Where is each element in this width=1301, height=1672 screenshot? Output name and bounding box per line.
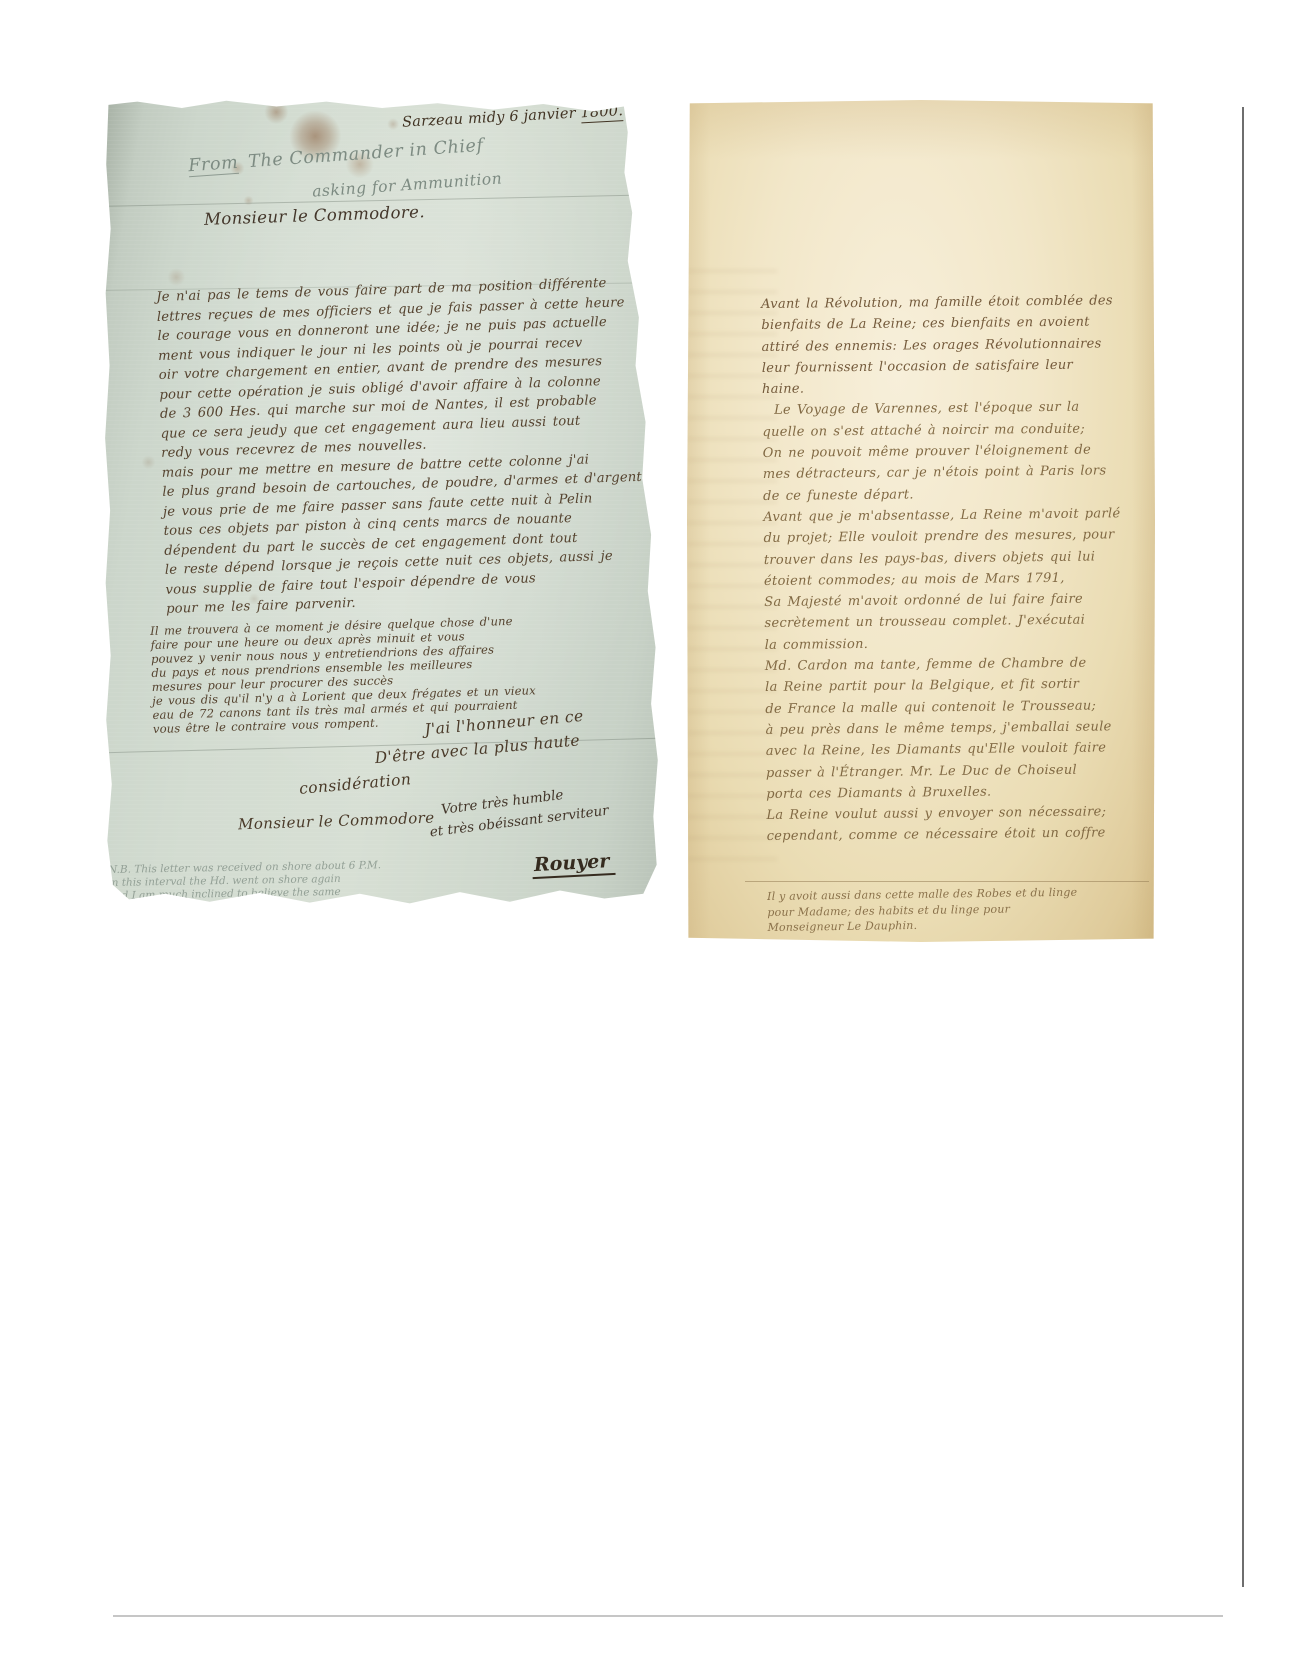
pencil-line1-rest: The Commander in Chief [248, 136, 485, 172]
page-background: Sarzeau midy 6 janvier 1800. FromThe Com… [0, 0, 1301, 1672]
pencil-from-word: From [188, 153, 239, 177]
memoir-footnote: Il y avoit aussi dans cette malle des Ro… [767, 884, 1148, 936]
pencil-annotation-line1: FromThe Commander in Chief [188, 136, 485, 177]
pencil-annotation-line2: asking for Ammunition [312, 169, 503, 200]
address-line: Monsieur le Commodore [238, 809, 435, 834]
salutation: Monsieur le Commodore. [204, 202, 426, 229]
bottom-divider-line [113, 1615, 1223, 1617]
pencil-receipt-note: N.B. This letter was received on shore a… [108, 858, 439, 903]
memoir-body-line: avec la Reine, les Diamants qu'Elle voul… [766, 737, 1158, 762]
dateline-text: Sarzeau midy 6 janvier [402, 105, 581, 130]
right-manuscript-page: Avant la Révolution, ma famille étoit co… [687, 100, 1155, 942]
memoir-body-line: mes détracteurs, car je n'étois point à … [763, 460, 1155, 485]
memoir-body-line: du projet; Elle vouloit prendre des mesu… [763, 524, 1155, 549]
dateline-year: 1800. [580, 103, 623, 123]
vertical-divider-line [1242, 107, 1244, 1587]
letter-body: Je n'ai pas le tems de vous faire part d… [156, 272, 666, 619]
footnote-rule [745, 881, 1149, 882]
memoir-body-line: attiré des ennemis: Les orages Révolutio… [761, 332, 1153, 357]
memoir-body-line: Avant la Révolution, ma famille étoit co… [761, 290, 1153, 315]
left-manuscript-page: Sarzeau midy 6 janvier 1800. FromThe Com… [104, 100, 660, 905]
memoir-body: Avant la Révolution, ma famille étoit co… [761, 290, 1159, 848]
dateline: Sarzeau midy 6 janvier 1800. [402, 101, 658, 130]
signature: Rouyer [531, 850, 616, 879]
memoir-body-line: cependant, comme ce nécessaire étoit un … [767, 822, 1159, 847]
